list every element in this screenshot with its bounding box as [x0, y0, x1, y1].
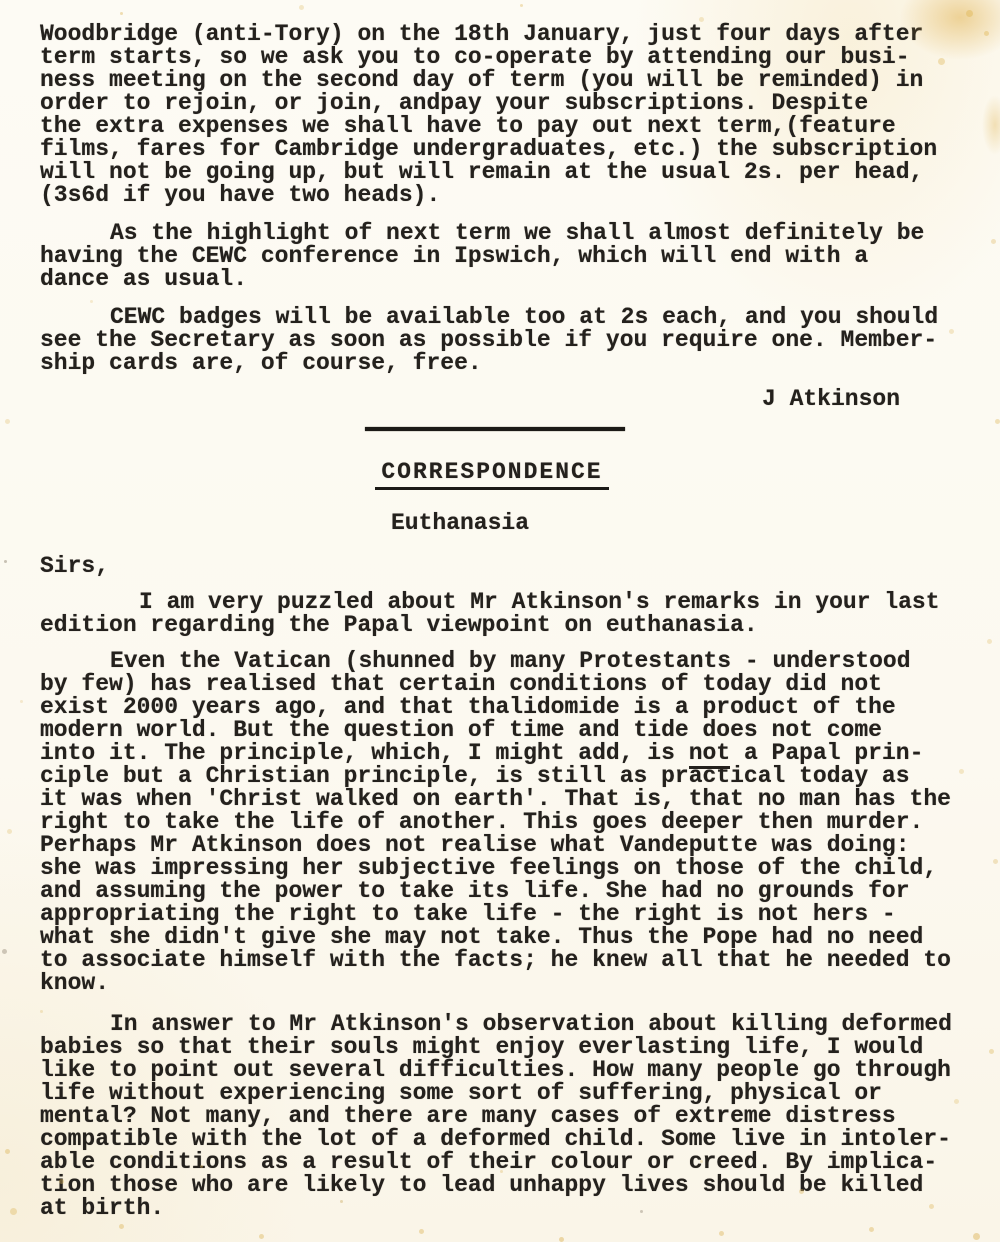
text-line: ness meeting on the second day of term (…: [40, 69, 1000, 92]
text-line: appropriating the right to take life - t…: [40, 903, 1000, 926]
paragraph-conference: As the highlight of next term we shall a…: [40, 222, 1000, 291]
text-line: ciple but a Christian principle, is stil…: [40, 765, 1000, 788]
scanned-typewritten-page: { "colors": { "paper": "#fcf9f0", "ink":…: [0, 0, 1000, 1242]
text-line: term starts, so we ask you to co-operate…: [40, 46, 1000, 69]
correspondence-section: CORRESPONDENCE: [40, 461, 1000, 490]
text-line: I am very puzzled about Mr Atkinson's re…: [40, 591, 1000, 614]
text-line: into it. The principle, which, I might a…: [40, 742, 1000, 765]
section-divider-rule: [365, 427, 625, 431]
section-heading: CORRESPONDENCE: [375, 461, 608, 490]
text-line: life without experiencing some sort of s…: [40, 1082, 1000, 1105]
signature: J Atkinson: [40, 388, 1000, 411]
paragraph-badges: CEWC badges will be available too at 2s …: [40, 306, 1000, 375]
salutation: Sirs,: [40, 555, 1000, 578]
paper-speckles: [0, 0, 3, 3]
text-line: it was when 'Christ walked on earth'. Th…: [40, 788, 1000, 811]
text-line: by few) has realised that certain condit…: [40, 673, 1000, 696]
text-line: ship cards are, of course, free.: [40, 352, 1000, 375]
text-line: know.: [40, 972, 1000, 995]
text-line: dance as usual.: [40, 268, 1000, 291]
text-line: In answer to Mr Atkinson's observation a…: [40, 1013, 1000, 1036]
text-line: to associate himself with the facts; he …: [40, 949, 1000, 972]
text-line: see the Secretary as soon as possible if…: [40, 329, 1000, 352]
letter-paragraph-answer: In answer to Mr Atkinson's observation a…: [40, 1013, 1000, 1220]
text-line: order to rejoin, or join, andpay your su…: [40, 92, 1000, 115]
letter-topic-title: Euthanasia: [391, 512, 529, 535]
text-line: she was impressing her subjective feelin…: [40, 857, 1000, 880]
text-line: (3s6d if you have two heads).: [40, 184, 1000, 207]
text-line: the extra expenses we shall have to pay …: [40, 115, 1000, 138]
text-line: films, fares for Cambridge undergraduate…: [40, 138, 1000, 161]
letter-paragraph-argument: Even the Vatican (shunned by many Protes…: [40, 650, 1000, 995]
text-line: exist 2000 years ago, and that thalidomi…: [40, 696, 1000, 719]
text-line: like to point out several difficulties. …: [40, 1059, 1000, 1082]
text-line: edition regarding the Papal viewpoint on…: [40, 614, 1000, 637]
text-line: Perhaps Mr Atkinson does not realise wha…: [40, 834, 1000, 857]
text-line: modern world. But the question of time a…: [40, 719, 1000, 742]
text-line: CEWC badges will be available too at 2s …: [40, 306, 1000, 329]
text-line: and assuming the power to take its life.…: [40, 880, 1000, 903]
text-line: As the highlight of next term we shall a…: [40, 222, 1000, 245]
text-line: will not be going up, but will remain at…: [40, 161, 1000, 184]
letter-topic: Euthanasia: [40, 512, 1000, 535]
text-line: mental? Not many, and there are many cas…: [40, 1105, 1000, 1128]
text-line: Even the Vatican (shunned by many Protes…: [40, 650, 1000, 673]
text-line: able conditions as a result of their col…: [40, 1151, 1000, 1174]
text-line: at birth.: [40, 1197, 1000, 1220]
paragraph-subscriptions: Woodbridge (anti-Tory) on the 18th Janua…: [40, 23, 1000, 207]
text-line: tion those who are likely to lead unhapp…: [40, 1174, 1000, 1197]
text-line: right to take the life of another. This …: [40, 811, 1000, 834]
text-line: having the CEWC conference in Ipswich, w…: [40, 245, 1000, 268]
text-line: compatible with the lot of a deformed ch…: [40, 1128, 1000, 1151]
text-line: Woodbridge (anti-Tory) on the 18th Janua…: [40, 23, 1000, 46]
letter-paragraph-intro: I am very puzzled about Mr Atkinson's re…: [40, 591, 1000, 637]
text-line: babies so that their souls might enjoy e…: [40, 1036, 1000, 1059]
text-line: what she didn't give she may not take. T…: [40, 926, 1000, 949]
